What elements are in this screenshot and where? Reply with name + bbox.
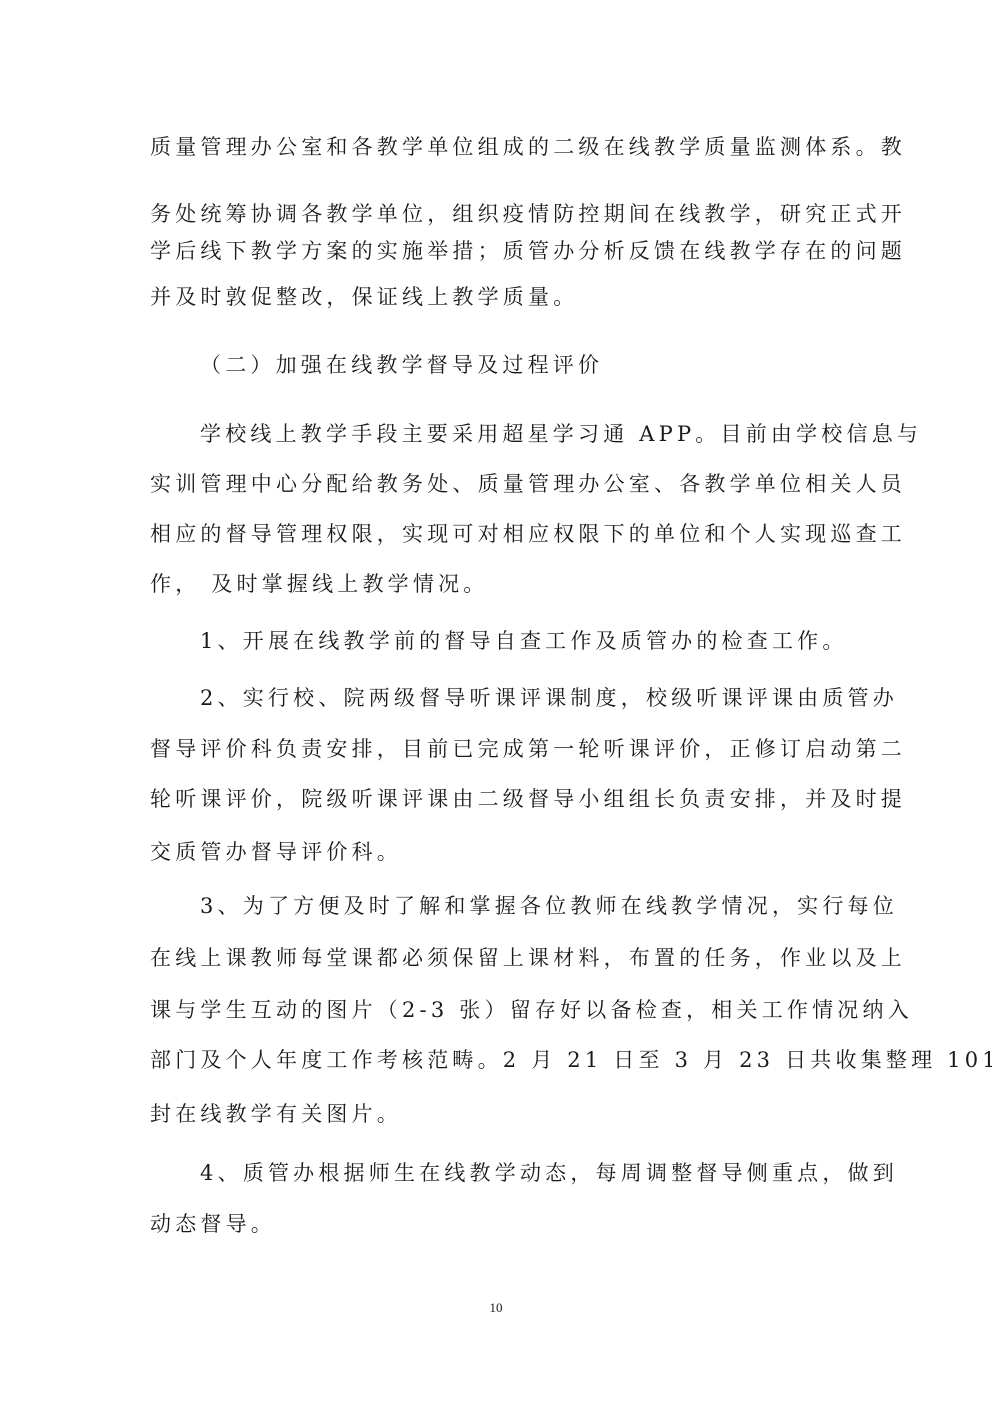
text-line: 在线上课教师每堂课都必须保留上课材料，布置的任务，作业以及上	[150, 944, 850, 972]
document-page: 质量管理办公室和各教学单位组成的二级在线教学质量监测体系。教 务处统筹协调各教学…	[0, 0, 992, 1403]
text-line: 3、为了方便及时了解和掌握各位教师在线教学情况，实行每位	[200, 892, 850, 920]
section-heading: （二）加强在线教学督导及过程评价	[200, 351, 850, 379]
text-line: 质量管理办公室和各教学单位组成的二级在线教学质量监测体系。教	[150, 133, 850, 161]
text-line: 轮听课评价，院级听课评课由二级督导小组组长负责安排，并及时提	[150, 785, 850, 813]
text-line: 相应的督导管理权限，实现可对相应权限下的单位和个人实现巡查工	[150, 520, 850, 548]
text-line: 并及时敦促整改，保证线上教学质量。	[150, 283, 850, 311]
text-line: 交质管办督导评价科。	[150, 838, 850, 866]
text-line: 学后线下教学方案的实施举措；质管办分析反馈在线教学存在的问题	[150, 237, 850, 265]
text-line: 部门及个人年度工作考核范畴。2 月 21 日至 3 月 23 日共收集整理 10…	[150, 1046, 850, 1074]
text-line: 学校线上教学手段主要采用超星学习通 APP。目前由学校信息与	[200, 420, 850, 448]
text-line: 课与学生互动的图片（2-3 张）留存好以备检查，相关工作情况纳入	[150, 996, 850, 1024]
text-line: 实训管理中心分配给教务处、质量管理办公室、各教学单位相关人员	[150, 470, 850, 498]
text-line: 4、质管办根据师生在线教学动态，每周调整督导侧重点，做到	[200, 1159, 850, 1187]
page-number: 10	[0, 1300, 992, 1316]
list-item-1: 1、开展在线教学前的督导自查工作及质管办的检查工作。	[200, 627, 850, 655]
text-line: 2、实行校、院两级督导听课评课制度，校级听课评课由质管办	[200, 684, 850, 712]
text-line: 作， 及时掌握线上教学情况。	[150, 570, 850, 598]
text-line: 封在线教学有关图片。	[150, 1100, 850, 1128]
text-line: 务处统筹协调各教学单位，组织疫情防控期间在线教学，研究正式开	[150, 200, 850, 228]
text-line: 督导评价科负责安排，目前已完成第一轮听课评价，正修订启动第二	[150, 735, 850, 763]
text-line: 动态督导。	[150, 1210, 850, 1238]
